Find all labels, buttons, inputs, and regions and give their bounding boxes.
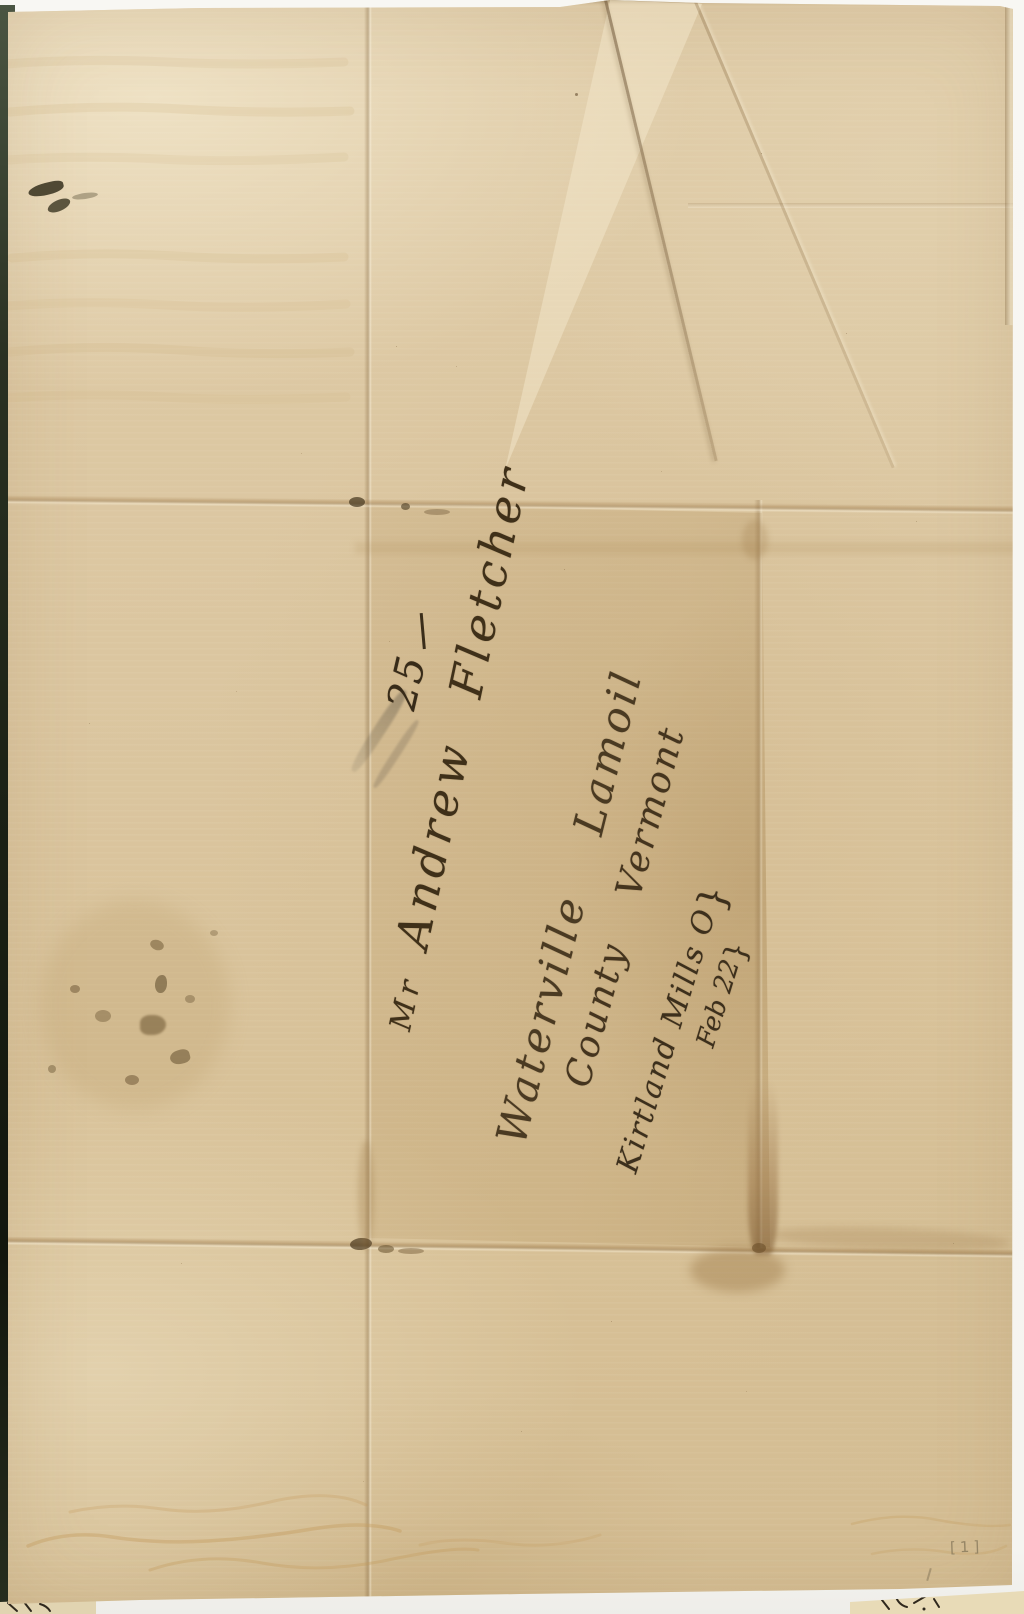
fold-stain xyxy=(358,1140,374,1250)
fold-stain xyxy=(349,497,365,507)
salutation: Mr xyxy=(383,973,429,1034)
fold-stain xyxy=(398,1248,424,1254)
archival-page-mark: [1] xyxy=(950,1537,984,1556)
ghost-text-rows xyxy=(6,60,350,399)
ink-blot xyxy=(210,930,218,936)
ink-blot xyxy=(125,1075,139,1085)
rate-flourish-dash xyxy=(420,613,426,649)
scanned-letter-page: 25 MrAndrew Fletcher Waterville Lamoil C… xyxy=(0,0,1024,1614)
ghost-script-bottom xyxy=(28,1496,1010,1570)
ink-blot xyxy=(70,985,80,993)
letter-paper: 25 MrAndrew Fletcher Waterville Lamoil C… xyxy=(0,0,1024,1614)
under-sheet-right xyxy=(850,1588,1024,1614)
ink-blot xyxy=(48,1065,56,1073)
fold-stain xyxy=(401,503,410,510)
ink-blot xyxy=(95,1010,111,1022)
under-sheet-ink-marks xyxy=(850,1588,1024,1614)
water-stain xyxy=(752,1243,766,1253)
foxing-specks xyxy=(0,0,3,3)
ink-blot xyxy=(185,995,195,1003)
water-stain xyxy=(690,1248,785,1292)
fold-stain xyxy=(378,1245,394,1253)
